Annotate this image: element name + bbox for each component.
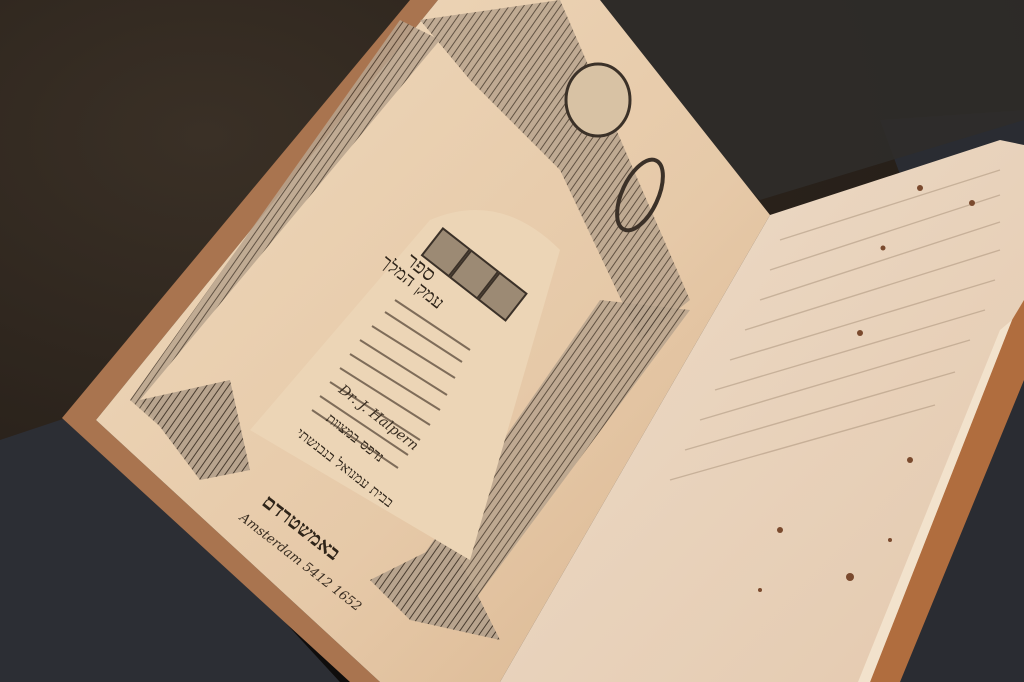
crest-medallion xyxy=(566,64,630,136)
book-photo: ספר עמק המלך נדפס במצוות בבית עמנואל בנב… xyxy=(0,0,1024,682)
display-stand xyxy=(0,0,1024,682)
